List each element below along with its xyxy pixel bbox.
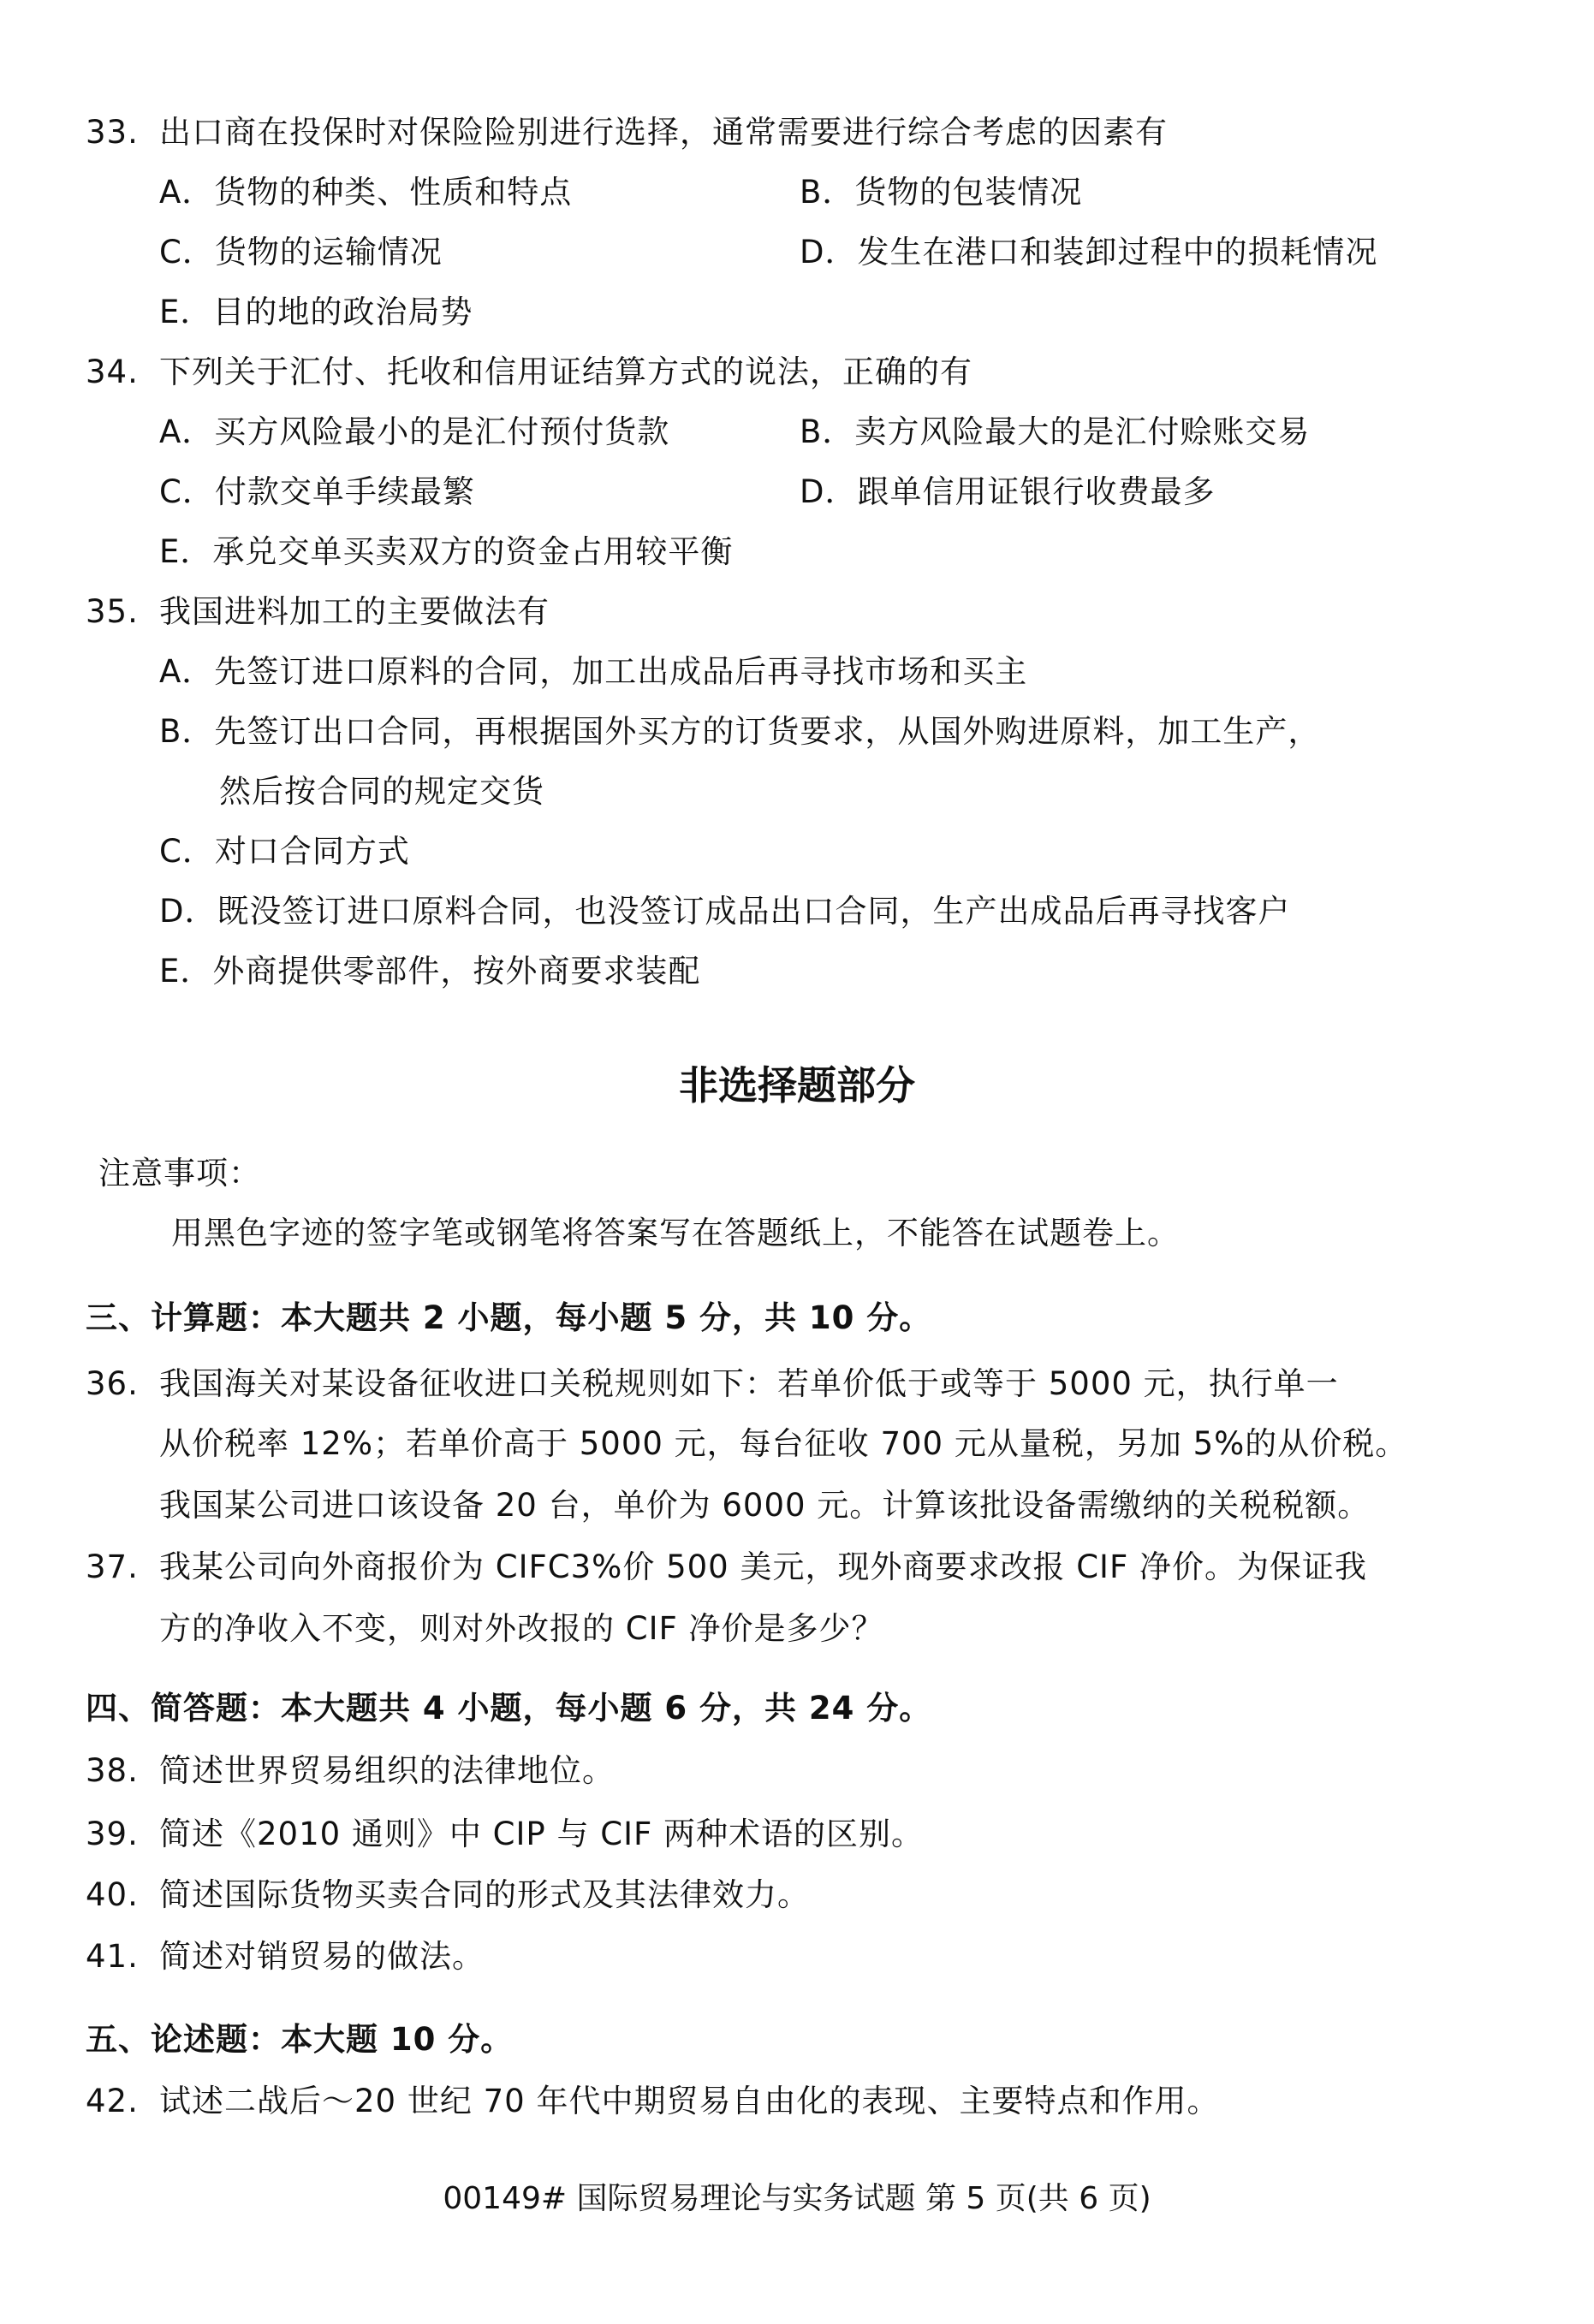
question-number: 33.: [86, 114, 139, 152]
q38-text: 简述世界贸易组织的法律地位。: [159, 1752, 615, 1790]
section-title: 非选择题部分: [0, 1055, 1594, 1111]
option-e: E．目的地的政治局势: [159, 294, 473, 331]
q36-line3: 我国某公司进口该设备 20 台，单价为 6000 元。计算该批设备需缴纳的关税税…: [159, 1487, 1370, 1525]
option-e: E．承兑交单买卖双方的资金占用较平衡: [159, 533, 733, 571]
option-a: A．先签订进口原料的合同，加工出成品后再寻找市场和买主: [159, 653, 1027, 691]
option-d: D．既没签订进口原料合同，也没签订成品出口合同，生产出成品后再寻找客户: [159, 893, 1291, 930]
q36-line2: 从价税率 12%；若单价高于 5000 元，每台征收 700 元从量税，另加 5…: [159, 1425, 1407, 1463]
question-number: 36.: [86, 1365, 139, 1403]
question-number: 38.: [86, 1752, 139, 1790]
section-4-heading: 四、简答题：本大题共 4 小题，每小题 6 分，共 24 分。: [86, 1690, 931, 1727]
q37-line1: 我某公司向外商报价为 CIFC3%价 500 美元，现外商要求改报 CIF 净价…: [159, 1548, 1367, 1586]
question-stem: 出口商在投保时对保险险别进行选择，通常需要进行综合考虑的因素有: [159, 114, 1168, 152]
q42-text: 试述二战后～20 世纪 70 年代中期贸易自由化的表现、主要特点和作用。: [159, 2083, 1219, 2120]
page-footer: 00149# 国际贸易理论与实务试题 第 5 页(共 6 页): [0, 2174, 1594, 2218]
option-b: B．卖方风险最大的是汇付赊账交易: [800, 413, 1310, 451]
question-number: 35.: [86, 593, 139, 631]
option-c: C．对口合同方式: [159, 833, 410, 871]
option-b-cont: 然后按合同的规定交货: [219, 773, 544, 811]
section-5-heading: 五、论述题：本大题 10 分。: [86, 2021, 513, 2059]
option-b: B．货物的包装情况: [800, 174, 1082, 211]
q36-line1: 我国海关对某设备征收进口关税规则如下：若单价低于或等于 5000 元，执行单一: [159, 1365, 1339, 1403]
option-a: A．买方风险最小的是汇付预付货款: [159, 413, 669, 451]
question-number: 41.: [86, 1938, 139, 1976]
option-c: C．货物的运输情况: [159, 234, 443, 271]
notice-text: 用黑色字迹的签字笔或钢笔将答案写在答题纸上，不能答在试题卷上。: [171, 1215, 1180, 1252]
question-number: 42.: [86, 2083, 139, 2120]
q41-text: 简述对销贸易的做法。: [159, 1938, 485, 1976]
option-c: C．付款交单手续最繁: [159, 473, 475, 511]
q37-line2: 方的净收入不变，则对外改报的 CIF 净价是多少？: [159, 1610, 884, 1648]
q39-text: 简述《2010 通则》中 CIP 与 CIF 两种术语的区别。: [159, 1816, 924, 1853]
option-a: A．货物的种类、性质和特点: [159, 174, 572, 211]
notice-label: 注意事项：: [98, 1155, 261, 1192]
question-stem: 我国进料加工的主要做法有: [159, 593, 550, 631]
option-b: B．先签订出口合同，再根据国外买方的订货要求，从国外购进原料，加工生产，: [159, 713, 1320, 751]
option-e: E．外商提供零部件，按外商要求装配: [159, 953, 700, 990]
question-number: 37.: [86, 1548, 139, 1586]
option-d: D．发生在港口和装卸过程中的损耗情况: [800, 234, 1378, 271]
question-number: 40.: [86, 1876, 139, 1914]
question-stem: 下列关于汇付、托收和信用证结算方式的说法，正确的有: [159, 354, 972, 391]
option-d: D．跟单信用证银行收费最多: [800, 473, 1216, 511]
q40-text: 简述国际货物买卖合同的形式及其法律效力。: [159, 1876, 810, 1914]
question-number: 34.: [86, 354, 139, 391]
section-3-heading: 三、计算题：本大题共 2 小题，每小题 5 分，共 10 分。: [86, 1299, 931, 1337]
question-number: 39.: [86, 1816, 139, 1853]
